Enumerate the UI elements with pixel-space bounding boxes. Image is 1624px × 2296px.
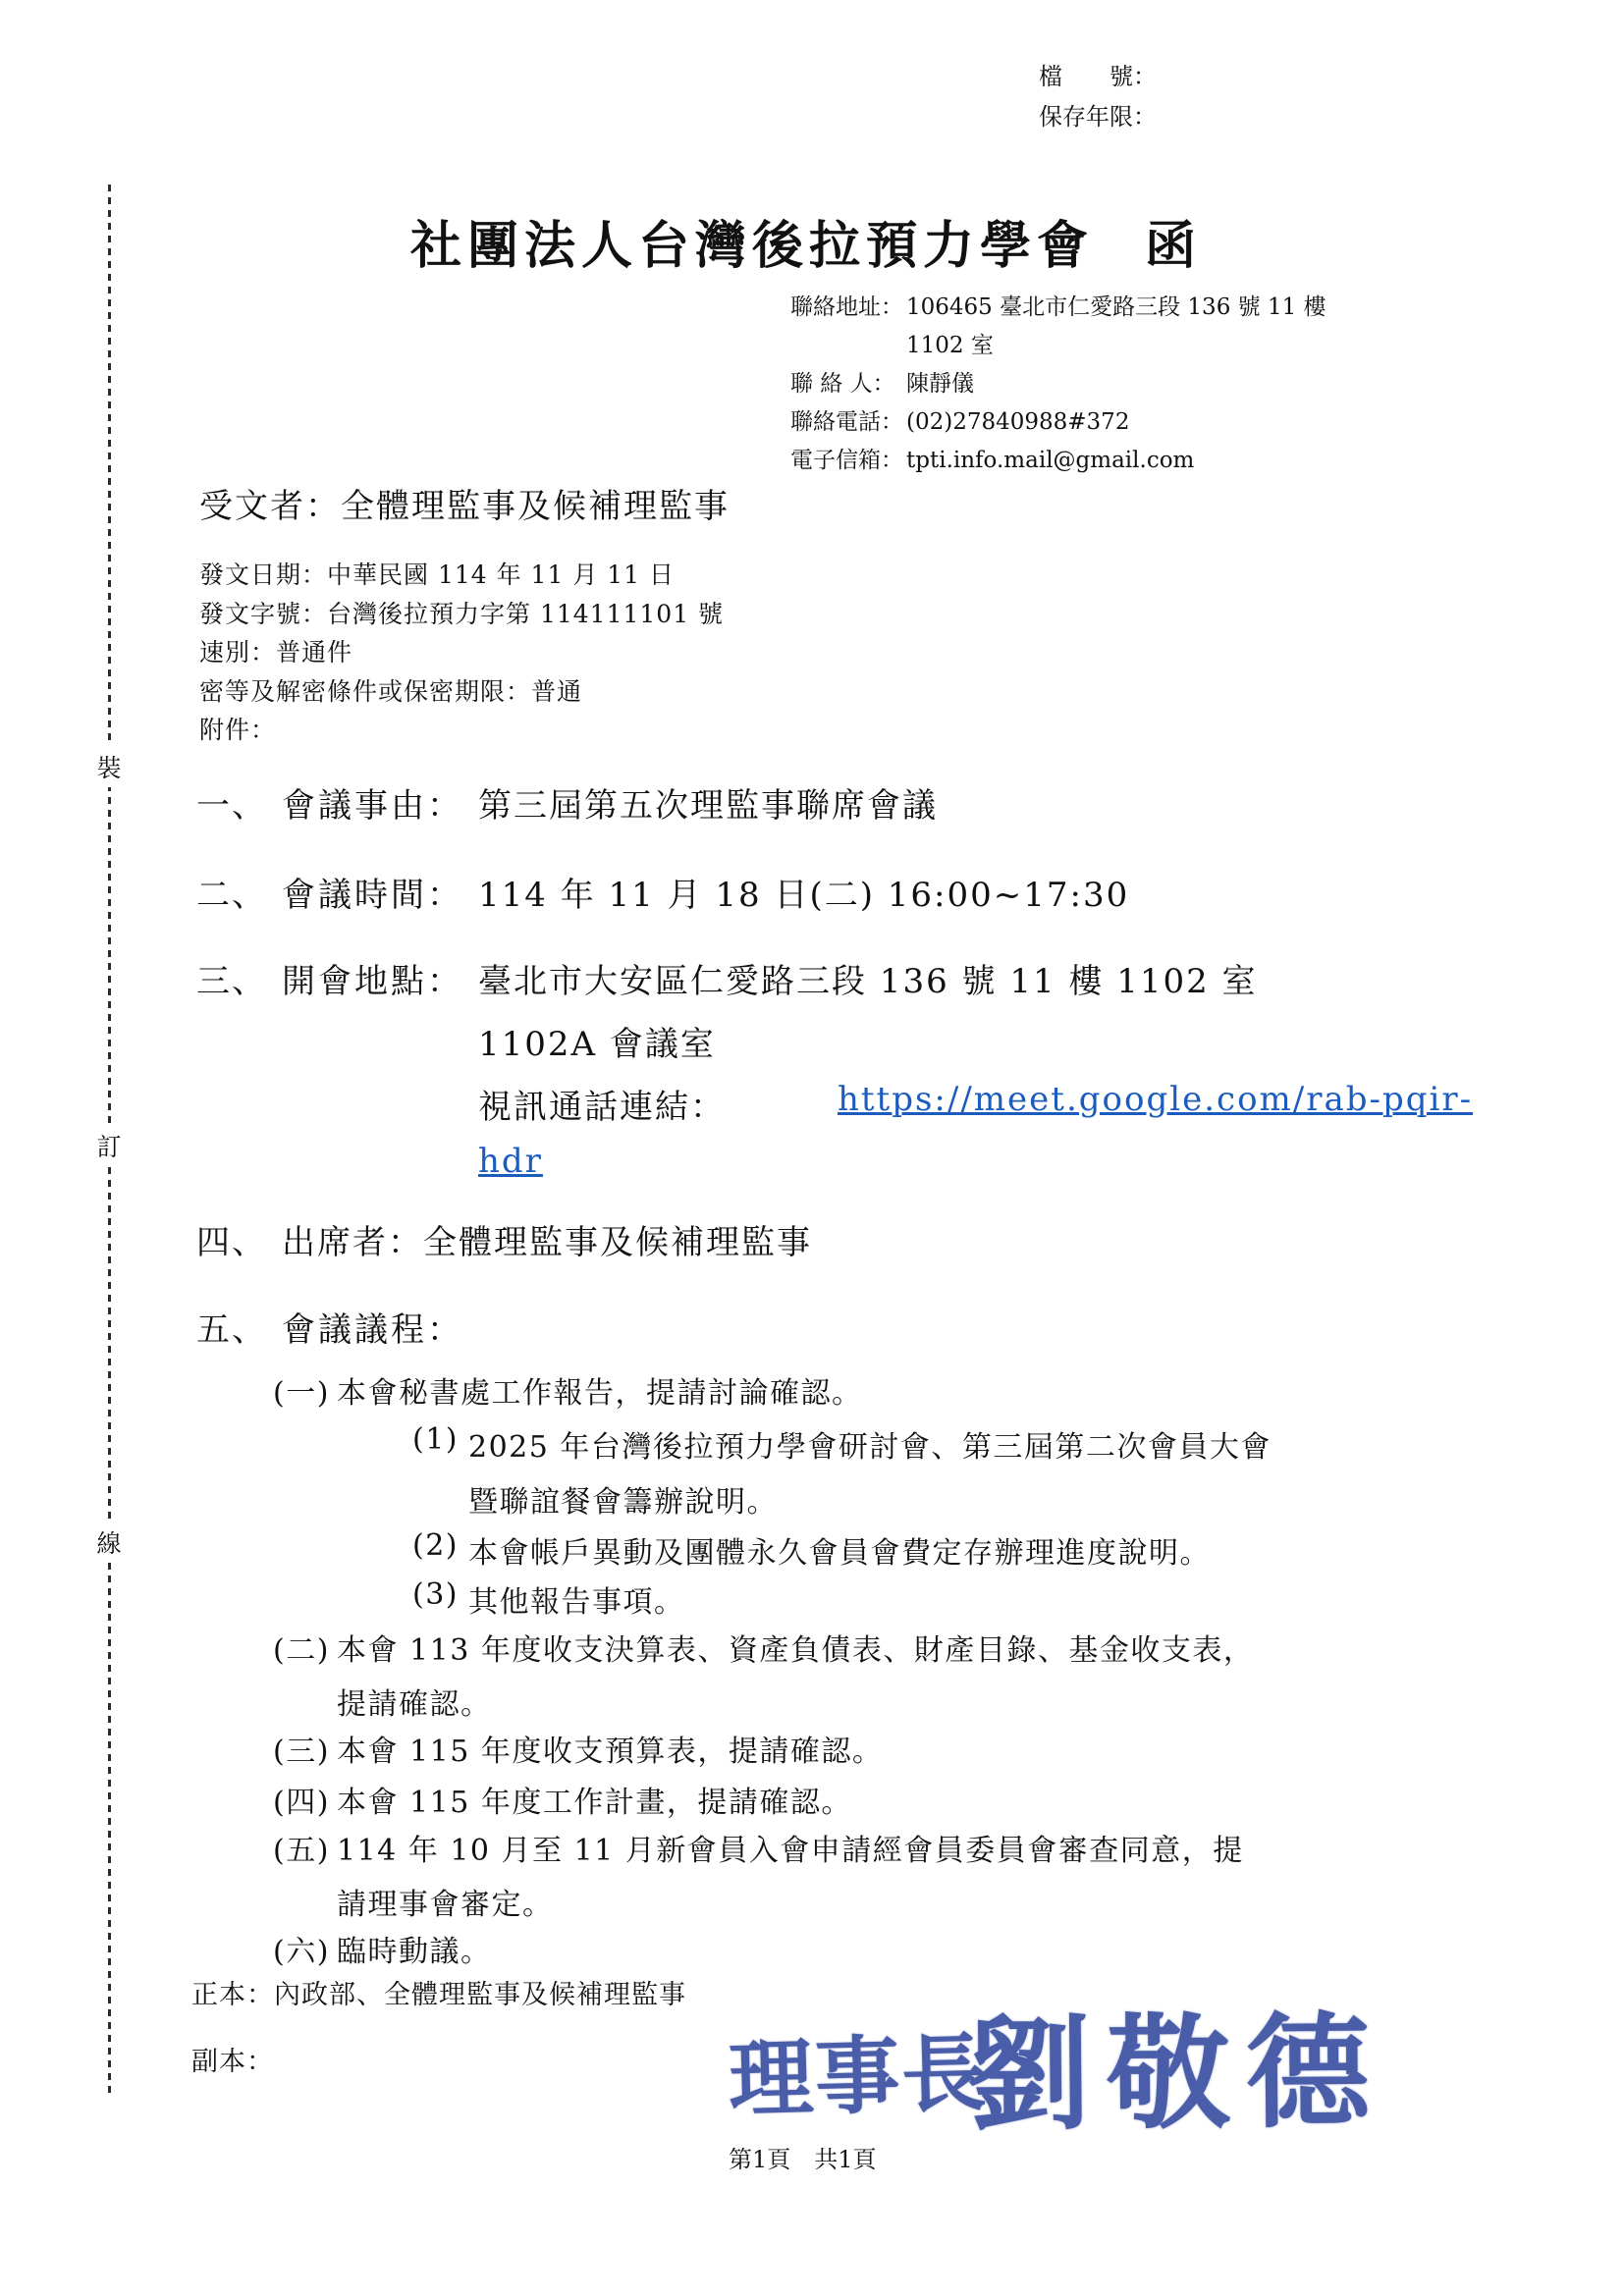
item5-text: 會議議程： (282, 1303, 463, 1351)
item2-text: 114 年 11 月 18 日(二) 16:00~17:30 (478, 868, 1129, 916)
agenda5-line2: 請理事會審定。 (337, 1880, 554, 1923)
contact-phone-label: 聯絡電話： (790, 403, 906, 442)
meet-link-line1[interactable]: https://meet.google.com/rab-pqir- (838, 1080, 1473, 1119)
item1-label: 會議事由： (282, 778, 463, 827)
document-type: 函 (1145, 216, 1202, 276)
contact-phone-value: (02)27840988#372 (906, 409, 1129, 435)
organization-name: 社團法人台灣後拉預力學會 (410, 216, 1094, 276)
attachment-line: 附件： (199, 711, 724, 750)
item5-number: 五、 (196, 1303, 267, 1351)
agenda4-text: 本會 115 年度工作計畫，提請確認。 (337, 1778, 852, 1821)
retention-period-label: 保存年限： (1039, 97, 1157, 137)
contact-person-label: 聯 絡 人： (790, 365, 906, 403)
contact-phone-row: 聯絡電話：(02)27840988#372 (790, 403, 1326, 442)
page-number: 第1頁 共1頁 (729, 2140, 877, 2174)
agenda1-sub3-number: (3) (412, 1577, 459, 1612)
contact-block: 聯絡地址：106465 臺北市仁愛路三段 136 號 11 樓 1102 室 聯… (790, 289, 1326, 480)
agenda1-sub2-text: 本會帳戶異動及團體永久會員會費定存辦理進度說明。 (468, 1528, 1211, 1572)
meet-link-line1-wrap: https://meet.google.com/rab-pqir- (838, 1080, 1473, 1119)
agenda2-line1: 本會 113 年度收支決算表、資產負債表、財產目錄、基金收支表， (337, 1626, 1254, 1669)
meet-link-line2-wrap: hdr (478, 1142, 543, 1181)
agenda6-number: (六) (273, 1927, 330, 1970)
item2-label: 會議時間： (282, 868, 463, 916)
agenda1-text: 本會秘書處工作報告，提請討論確認。 (337, 1368, 863, 1412)
contact-address-label: 聯絡地址： (790, 289, 906, 327)
binding-mark-ding: 訂 (92, 1125, 126, 1166)
original-copy-line: 正本：內政部、全體理監事及候補理監事 (191, 1973, 686, 2011)
agenda1-sub1-number: (1) (412, 1422, 459, 1457)
contact-address-line2: 1102 室 (906, 333, 994, 358)
agenda1-number: (一) (273, 1368, 330, 1412)
item3-address-line2: 1102A 會議室 (478, 1017, 716, 1065)
agenda1-sub3-text: 其他報告事項。 (468, 1577, 685, 1621)
item3-label: 開會地點： (282, 954, 463, 1002)
meta-block: 發文日期：中華民國 114 年 11 月 11 日 發文字號：台灣後拉預力字第 … (199, 556, 724, 750)
contact-person-value: 陳靜儀 (906, 371, 974, 397)
contact-email-value: tpti.info.mail@gmail.com (906, 448, 1194, 473)
item3-number: 三、 (196, 954, 267, 1002)
chairman-stamp-name: 劉敬德 (966, 1973, 1386, 2155)
archive-label-block: 檔 號： 保存年限： (1039, 57, 1157, 137)
binding-mark-xian: 線 (92, 1522, 126, 1563)
agenda2-number: (二) (273, 1626, 330, 1669)
binding-mark-zhuang: 裝 (92, 746, 126, 787)
item3-address-line1: 臺北市大安區仁愛路三段 136 號 11 樓 1102 室 (478, 954, 1258, 1002)
agenda3-number: (三) (273, 1727, 330, 1770)
file-number-label: 檔 號： (1039, 57, 1157, 97)
item4-text: 出席者：全體理監事及候補理監事 (282, 1215, 812, 1263)
chairman-stamp-title: 理事長 (727, 2005, 989, 2134)
speed-line: 速別：普通件 (199, 633, 724, 672)
security-line: 密等及解密條件或保密期限：普通 (199, 672, 724, 712)
item2-number: 二、 (196, 868, 267, 916)
issue-date-line: 發文日期：中華民國 114 年 11 月 11 日 (199, 556, 724, 595)
item4-number: 四、 (196, 1215, 267, 1263)
agenda1-sub1-line2: 暨聯誼餐會籌辦說明。 (468, 1477, 778, 1521)
meet-link-line2[interactable]: hdr (478, 1142, 543, 1181)
agenda1-sub1-line1: 2025 年台灣後拉預力學會研討會、第三屆第二次會員大會 (468, 1422, 1272, 1466)
contact-person-row: 聯 絡 人：陳靜儀 (790, 365, 1326, 403)
agenda3-text: 本會 115 年度收支預算表，提請確認。 (337, 1727, 883, 1770)
contact-address-line1: 106465 臺北市仁愛路三段 136 號 11 樓 (906, 294, 1326, 320)
contact-address-row2: 1102 室 (790, 327, 1326, 365)
contact-address-row: 聯絡地址：106465 臺北市仁愛路三段 136 號 11 樓 (790, 289, 1326, 327)
agenda5-line1: 114 年 10 月至 11 月新會員入會申請經會員委員會審查同意，提 (337, 1826, 1244, 1869)
doc-number-line: 發文字號：台灣後拉預力字第 114111101 號 (199, 595, 724, 634)
recipient-line: 受文者：全體理監事及候補理監事 (199, 479, 730, 527)
agenda4-number: (四) (273, 1778, 330, 1821)
contact-email-row: 電子信箱：tpti.info.mail@gmail.com (790, 442, 1326, 480)
agenda2-line2: 提請確認。 (337, 1680, 492, 1723)
document-title: 社團法人台灣後拉預力學會函 (410, 204, 1202, 278)
item1-text: 第三屆第五次理監事聯席會議 (478, 778, 938, 827)
official-letter-page: 裝 訂 線 檔 號： 保存年限： 社團法人台灣後拉預力學會函 聯絡地址：1064… (0, 0, 1624, 2296)
item1-number: 一、 (196, 778, 267, 827)
item3-video-label: 視訊通話連結： (478, 1080, 726, 1128)
contact-email-label: 電子信箱： (790, 442, 906, 480)
agenda5-number: (五) (273, 1826, 330, 1869)
agenda1-sub2-number: (2) (412, 1528, 459, 1563)
agenda6-text: 臨時動議。 (337, 1927, 492, 1970)
carbon-copy-line: 副本： (191, 2040, 274, 2078)
